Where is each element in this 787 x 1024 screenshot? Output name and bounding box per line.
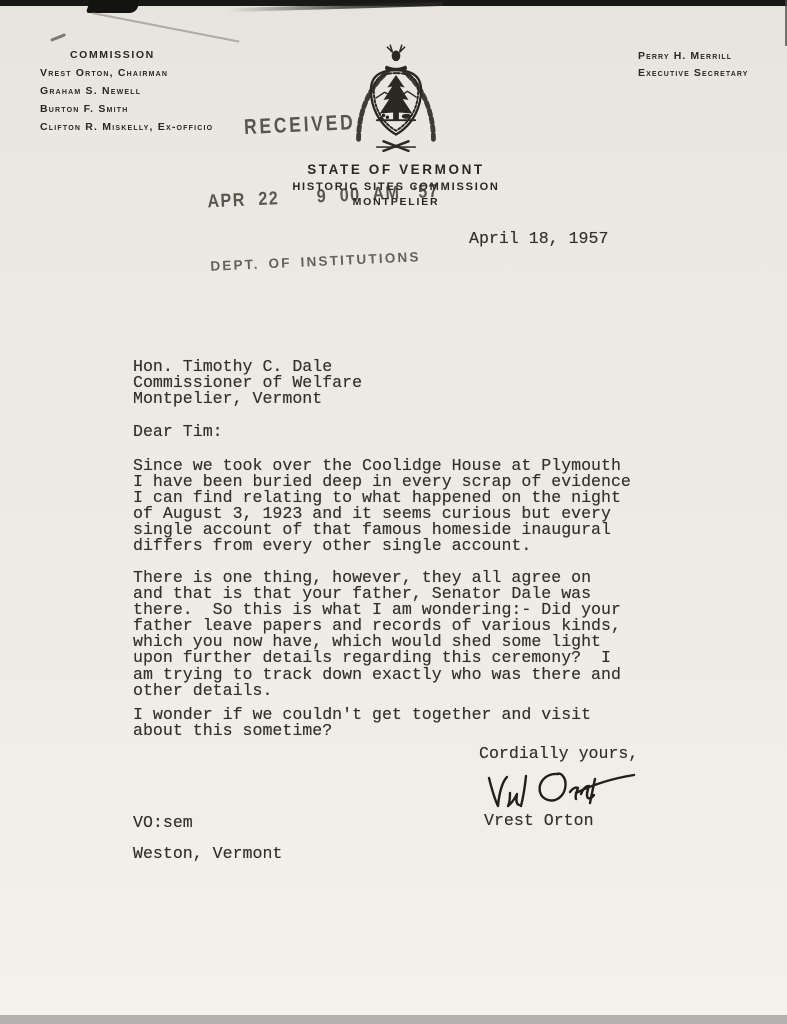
- paper-mark: [50, 33, 66, 41]
- executive-secretary-block: Perry H. Merrill Executive Secretary: [638, 48, 749, 82]
- typed-signature-name: Vrest Orton: [484, 813, 594, 829]
- officer-name: Perry H. Merrill: [638, 48, 749, 65]
- commission-member-list: COMMISSION Vrest Orton, Chairman Graham …: [40, 46, 213, 136]
- officer-title: Executive Secretary: [638, 65, 749, 82]
- commission-member: Burton F. Smith: [40, 100, 213, 118]
- body-paragraph: There is one thing, however, they all ag…: [133, 570, 621, 699]
- stamp-department-text: DEPT. OF INSTITUTIONS: [210, 245, 510, 274]
- closing-line: Cordially yours,: [479, 746, 638, 762]
- commission-member: Graham S. Newell: [40, 82, 213, 100]
- body-paragraph: I wonder if we couldn't get together and…: [133, 707, 591, 739]
- paper-crease: [92, 12, 240, 42]
- salutation: Dear Tim:: [133, 424, 223, 440]
- scanned-letter-page: COMMISSION Vrest Orton, Chairman Graham …: [0, 0, 787, 1024]
- recipient-address: Hon. Timothy C. Dale Commissioner of Wel…: [133, 359, 362, 407]
- sender-location: Weston, Vermont: [133, 846, 282, 862]
- handwritten-signature: [482, 766, 640, 814]
- letterhead-city: MONTPELIER: [271, 196, 521, 208]
- letterhead-state: STATE OF VERMONT: [271, 162, 521, 177]
- letter-date: April 18, 1957: [469, 231, 608, 247]
- reference-initials: VO:sem: [133, 815, 193, 831]
- commission-heading: COMMISSION: [70, 46, 213, 64]
- scan-bottom-edge: [0, 1015, 787, 1024]
- letterhead-org-block: STATE OF VERMONT HISTORIC SITES COMMISSI…: [271, 162, 521, 208]
- stamp-received-text: RECEIVED: [244, 105, 484, 140]
- body-paragraph: Since we took over the Coolidge House at…: [133, 458, 631, 555]
- commission-member: Clifton R. Miskelly, Ex-officio: [40, 118, 213, 136]
- letterhead-commission-name: HISTORIC SITES COMMISSION: [271, 181, 521, 193]
- commission-member: Vrest Orton, Chairman: [40, 64, 213, 82]
- scan-tape-mark: [86, 0, 140, 13]
